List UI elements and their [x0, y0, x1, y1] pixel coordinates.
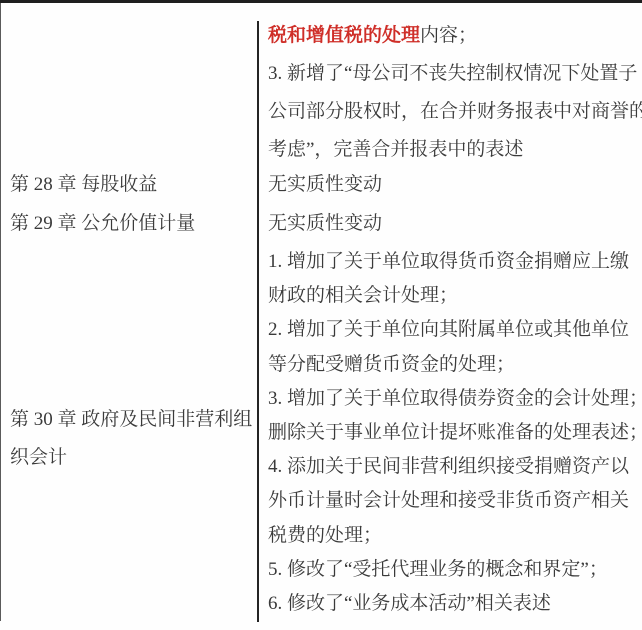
cell-text: 内容；	[420, 25, 477, 46]
cell-text-line: 织会计	[10, 439, 256, 477]
cell-text-line: 等分配受赠货币资金的处理；	[268, 348, 640, 382]
document-table-page: 税和增值税的处理内容； 3. 新增了“母公司不丧失控制权情况下处置子 公司部分股…	[0, 0, 642, 630]
continuation-row-right-cell: 税和增值税的处理内容； 3. 新增了“母公司不丧失控制权情况下处置子 公司部分股…	[268, 17, 640, 169]
chapter28-change-cell: 无实质性变动	[268, 166, 640, 204]
cell-text-line: 考虑”，完善合并报表中的表述	[268, 131, 640, 169]
cell-text-line: 外币计量时会计处理和接受非货币资产相关	[268, 484, 640, 518]
cell-text-line: 5. 修改了“受托代理业务的概念和界定”；	[268, 553, 640, 587]
cell-text-line: 2. 增加了关于单位向其附属单位或其他单位	[268, 313, 640, 347]
table-bottom-border	[0, 0, 642, 3]
cell-text-line: 3. 增加了关于单位取得债券资金的会计处理；	[268, 382, 640, 416]
table-column-divider	[257, 21, 259, 622]
chapter29-change-cell: 无实质性变动	[268, 205, 640, 242]
chapter28-title-cell: 第 28 章 每股收益	[10, 166, 254, 204]
chapter30-change-cell: 1. 增加了关于单位取得货币资金捐赠应上缴 财政的相关会计处理； 2. 增加了关…	[268, 245, 640, 621]
cell-text-line: 公司部分股权时，在合并财务报表中对商誉的	[268, 93, 640, 131]
cell-text-line: 6. 修改了“业务成本活动”相关表述	[268, 587, 640, 621]
cell-text-line: 1. 增加了关于单位取得货币资金捐赠应上缴	[268, 245, 640, 279]
cell-text-line: 4. 添加关于民间非营利组织接受捐赠资产以	[268, 450, 640, 484]
chapter30-title-cell: 第 30 章 政府及民间非营利组 织会计	[10, 401, 256, 477]
cell-text-line: 财政的相关会计处理；	[268, 279, 640, 313]
chapter29-title-cell: 第 29 章 公允价值计量	[10, 205, 254, 242]
cell-text-line: 第 30 章 政府及民间非营利组	[10, 401, 256, 439]
cell-text-line: 税和增值税的处理内容；	[268, 17, 640, 55]
highlighted-text: 税和增值税的处理	[268, 25, 420, 46]
cell-text-line: 删除关于事业单位计提坏账准备的处理表述；	[268, 416, 640, 450]
cell-text-line: 税费的处理；	[268, 519, 640, 553]
cell-text-line: 3. 新增了“母公司不丧失控制权情况下处置子	[268, 55, 640, 93]
table-left-border	[0, 0, 1, 621]
